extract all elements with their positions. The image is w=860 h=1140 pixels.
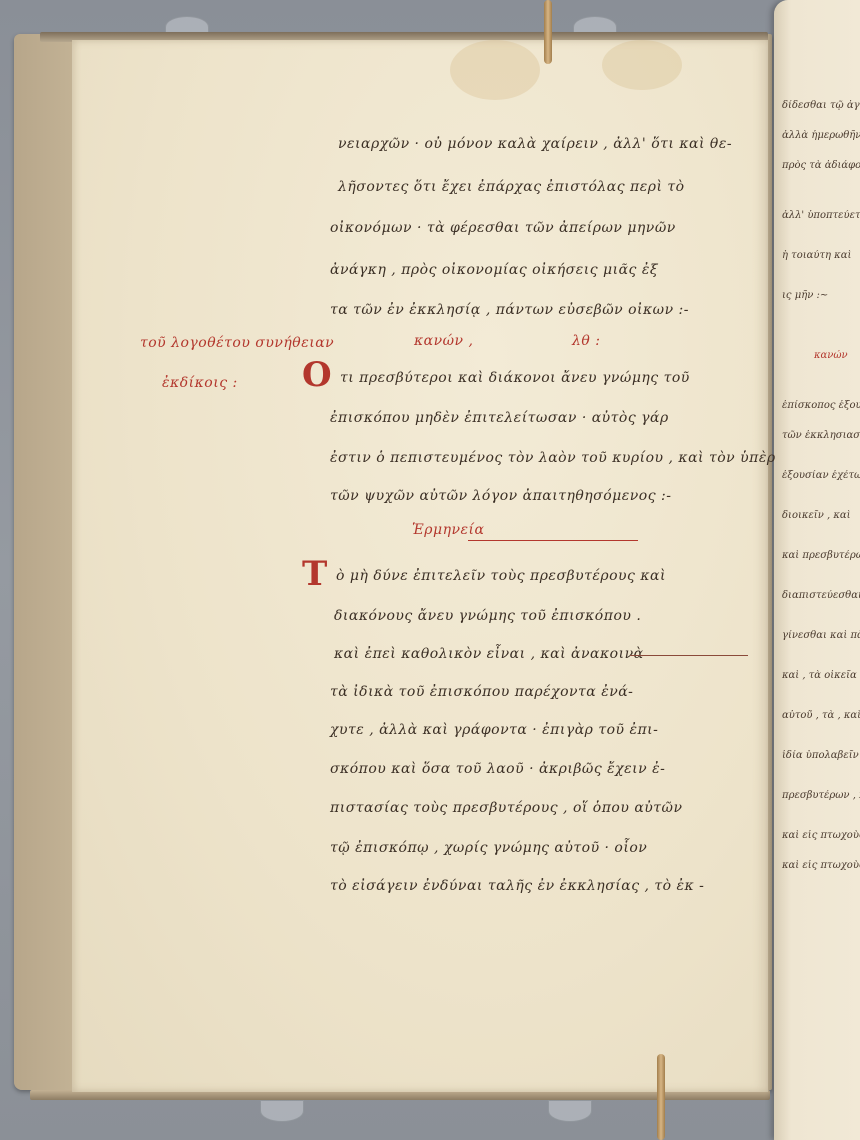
canon-number: λθ : [572, 333, 600, 349]
text-line: ἐστιν ὁ πεπιστευμένος τὸν λαὸν τοῦ κυρίο… [330, 450, 776, 466]
water-stain [450, 40, 540, 100]
facing-page: δίδεσθαι τῷ ἁγίῳ αὐτοῦἀλλὰ ἠμερωθῆναιπρὸ… [774, 0, 860, 1140]
facing-page-line: τῶν ἐκκλησιαστικῶν [782, 430, 860, 441]
initial-letter: Τ [302, 554, 327, 594]
facing-page-line: ις μῆν :~ [782, 290, 860, 301]
text-line: πιστασίας τοὺς πρεσβυτέρους , οἵ ὁπου αὐ… [330, 800, 682, 816]
text-line: ἀνάγκη , πρὸς οἰκονομίας οἰκήσεις μιᾶς ἐ… [330, 262, 658, 278]
canon-heading-label: κανών , [414, 333, 473, 349]
facing-page-line: καὶ πρεσβυτέρων [782, 550, 860, 561]
holding-stick-top [544, 0, 552, 64]
text-line: τὰ ἰδικὰ τοῦ ἐπισκόπου παρέχοντα ἐνά- [330, 684, 633, 700]
facing-page-line: διοικεῖν , καὶ [782, 510, 860, 521]
facing-page-line: αὐτοῦ , τὰ , καὶ τε [782, 710, 860, 721]
text-line: σκόπου καὶ ὅσα τοῦ λαοῦ · ἀκριβῶς ἔχειν … [330, 761, 665, 777]
facing-page-line: ἀλλ' ὑποπτεύεται [782, 210, 860, 221]
holding-stick-bottom [657, 1054, 665, 1140]
text-line: διακόνους ἄνευ γνώμης τοῦ ἐπισκόπου . [334, 608, 641, 624]
facing-page-line: πρεσβυτέρων , καὶ τε [782, 790, 860, 801]
text-line: νειαρχῶν · οὐ μόνον καλὰ χαίρειν , ἀλλ' … [338, 136, 732, 152]
text-line: τα τῶν ἐν ἐκκλησίᾳ , πάντων εὐσεβῶν οἰκω… [330, 302, 689, 318]
page-clip-bottom-right [548, 1100, 592, 1122]
facing-page-line: καὶ , τὰ οἰκεῖα [782, 670, 860, 681]
text-line: τῷ ἐπισκόπῳ , χωρίς γνώμης αὐτοῦ · οἷον [330, 840, 647, 856]
facing-page-line: ἡ τοιαύτη καὶ [782, 250, 860, 261]
text-line: οἰκονόμων · τὰ φέρεσθαι τῶν ἀπείρων μηνῶ… [330, 220, 676, 236]
facing-page-line: καὶ εἰς πτωχοὺς [782, 830, 860, 841]
facing-page-line: πρὸς τὰ ἀδιάφορα [782, 160, 860, 171]
commentary-heading: Ἑρμηνεία [412, 522, 484, 538]
text-line: ὸ μὴ δύνε ἐπιτελεῖν τοὺς πρεσβυτέρους κα… [336, 568, 666, 584]
facing-page-line: κανών [814, 350, 860, 361]
manuscript-page [72, 40, 768, 1092]
facing-page-line: ἐξουσίαν ἐχέτω [782, 470, 860, 481]
facing-page-line: ἐπίσκοπος ἐξουσίαν [782, 400, 860, 411]
facing-page-line: ἰδία ὑπολαβεῖν [782, 750, 860, 761]
text-line: λῆσοντες ὅτι ἔχει ἐπάρχας ἐπιστόλας περὶ… [338, 179, 685, 195]
text-line: τὸ εἰσάγειν ἐνδύναι ταλῆς ἐν ἐκκλησίας ,… [330, 878, 704, 894]
margin-note-line: ἐκδίκοις : [162, 375, 238, 391]
initial-letter: Ο [302, 355, 332, 395]
text-line: τι πρεσβύτεροι καὶ διάκονοι ἄνευ γνώμης … [340, 370, 690, 386]
facing-page-line: ἀλλὰ ἠμερωθῆναι [782, 130, 860, 141]
facing-page-line: γίνεσθαι καὶ πᾶσαν [782, 630, 860, 641]
facing-page-line: δίδεσθαι τῷ ἁγίῳ αὐτοῦ [782, 100, 860, 111]
text-line: ἐπισκόπου μηδὲν ἐπιτελείτωσαν · αὐτὸς γά… [330, 410, 669, 426]
facing-page-line: καὶ εἰς πτωχοὺς μα [782, 860, 860, 871]
text-line: καὶ ἐπεὶ καθολικὸν εἶναι , καὶ ἀνακοινὰ [334, 646, 644, 662]
margin-note-line: τοῦ λογοθέτου συνήθειαν [140, 335, 334, 351]
heading-underline [468, 540, 638, 541]
marginal-rule [630, 655, 748, 656]
page-clip-bottom-left [260, 1100, 304, 1122]
facing-page-line: διαπιστεύεσθαι [782, 590, 860, 601]
text-line: χυτε , ἀλλὰ καὶ γράφοντα · ἐπιγὰρ τοῦ ἐπ… [330, 722, 658, 738]
text-line: τῶν ψυχῶν αὐτῶν λόγον ἀπαιτηθησόμενος :- [330, 488, 671, 504]
water-stain [602, 40, 682, 90]
